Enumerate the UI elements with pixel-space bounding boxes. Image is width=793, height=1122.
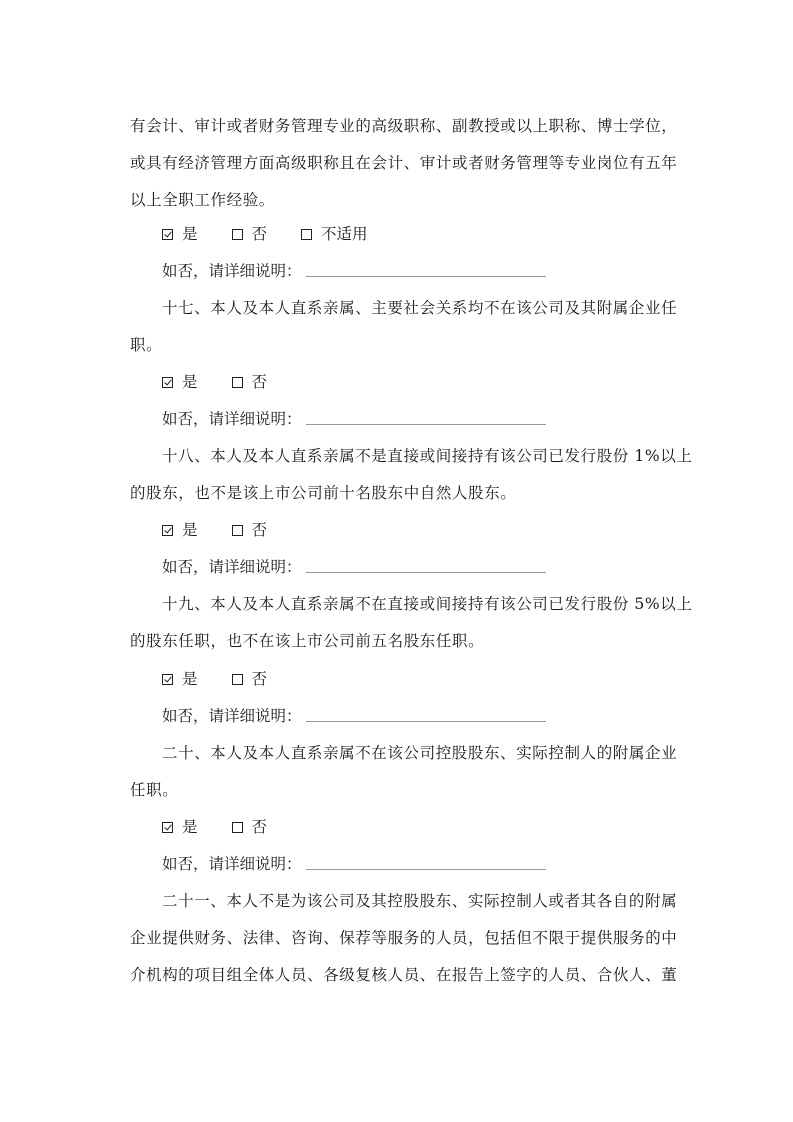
explain-input-line[interactable] bbox=[306, 276, 546, 277]
paragraph-line: 或具有经济管理方面高级职称且在会计、审计或者财务管理等专业岗位有五年 bbox=[130, 151, 676, 175]
option-no[interactable]: 否 bbox=[232, 518, 268, 542]
option-yes[interactable]: 是 bbox=[162, 815, 198, 839]
paragraph-line: 任职。 bbox=[130, 778, 676, 802]
paragraph-line: 十八、本人及本人直系亲属不是直接或间接持有该公司已发行股份 1%以上 bbox=[162, 444, 676, 468]
option-group: 是否不适用 bbox=[162, 222, 402, 246]
paragraph-line: 二十一、本人不是为该公司及其控股股东、实际控制人或者其各自的附属 bbox=[162, 889, 676, 913]
checkbox-checked-icon[interactable] bbox=[162, 674, 173, 685]
explain-input-line[interactable] bbox=[306, 424, 546, 425]
explain-label: 如否，请详细说明： bbox=[162, 407, 302, 431]
option-group: 是否 bbox=[162, 518, 301, 542]
checkbox-checked-icon[interactable] bbox=[162, 822, 173, 833]
paragraph-line: 二十、本人及本人直系亲属不在该公司控股股东、实际控制人的附属企业 bbox=[162, 741, 676, 765]
option-yes[interactable]: 是 bbox=[162, 667, 198, 691]
explain-label: 如否，请详细说明： bbox=[162, 555, 302, 579]
explain-input-line[interactable] bbox=[306, 572, 546, 573]
checkbox-checked-icon[interactable] bbox=[162, 525, 173, 536]
option-no[interactable]: 否 bbox=[232, 667, 268, 691]
explain-label: 如否，请详细说明： bbox=[162, 259, 302, 283]
paragraph-line: 的股东任职，也不在该上市公司前五名股东任职。 bbox=[130, 629, 676, 653]
option-yes[interactable]: 是 bbox=[162, 518, 198, 542]
explain-label: 如否，请详细说明： bbox=[162, 704, 302, 728]
option-yes[interactable]: 是 bbox=[162, 370, 198, 394]
document-content: 有会计、审计或者财务管理专业的高级职称、副教授或以上职称、博士学位， 或具有经济… bbox=[0, 0, 793, 1122]
checkbox-empty-icon[interactable] bbox=[232, 229, 243, 240]
option-yes[interactable]: 是 bbox=[162, 222, 198, 246]
option-no[interactable]: 否 bbox=[232, 370, 268, 394]
option-group: 是否 bbox=[162, 815, 301, 839]
explain-input-line[interactable] bbox=[306, 721, 546, 722]
paragraph-line: 有会计、审计或者财务管理专业的高级职称、副教授或以上职称、博士学位， bbox=[130, 114, 676, 138]
checkbox-checked-icon[interactable] bbox=[162, 229, 173, 240]
paragraph-line: 以上全职工作经验。 bbox=[130, 188, 676, 212]
paragraph-line: 介机构的项目组全体人员、各级复核人员、在报告上签字的人员、合伙人、董 bbox=[130, 963, 676, 987]
option-no[interactable]: 否 bbox=[232, 815, 268, 839]
checkbox-empty-icon[interactable] bbox=[232, 525, 243, 536]
checkbox-empty-icon[interactable] bbox=[232, 377, 243, 388]
paragraph-line: 的股东，也不是该上市公司前十名股东中自然人股东。 bbox=[130, 481, 676, 505]
paragraph-line: 职。 bbox=[130, 333, 676, 357]
option-not-applicable[interactable]: 不适用 bbox=[301, 222, 368, 246]
option-no[interactable]: 否 bbox=[232, 222, 268, 246]
checkbox-empty-icon[interactable] bbox=[232, 674, 243, 685]
option-group: 是否 bbox=[162, 370, 301, 394]
checkbox-empty-icon[interactable] bbox=[232, 822, 243, 833]
paragraph-line: 十九、本人及本人直系亲属不在直接或间接持有该公司已发行股份 5%以上 bbox=[162, 592, 676, 616]
explain-label: 如否，请详细说明： bbox=[162, 852, 302, 876]
paragraph-line: 企业提供财务、法律、咨询、保荐等服务的人员，包括但不限于提供服务的中 bbox=[130, 926, 676, 950]
paragraph-line: 十七、本人及本人直系亲属、主要社会关系均不在该公司及其附属企业任 bbox=[162, 296, 676, 320]
explain-input-line[interactable] bbox=[306, 869, 546, 870]
checkbox-empty-icon[interactable] bbox=[301, 229, 312, 240]
option-group: 是否 bbox=[162, 667, 301, 691]
checkbox-checked-icon[interactable] bbox=[162, 377, 173, 388]
